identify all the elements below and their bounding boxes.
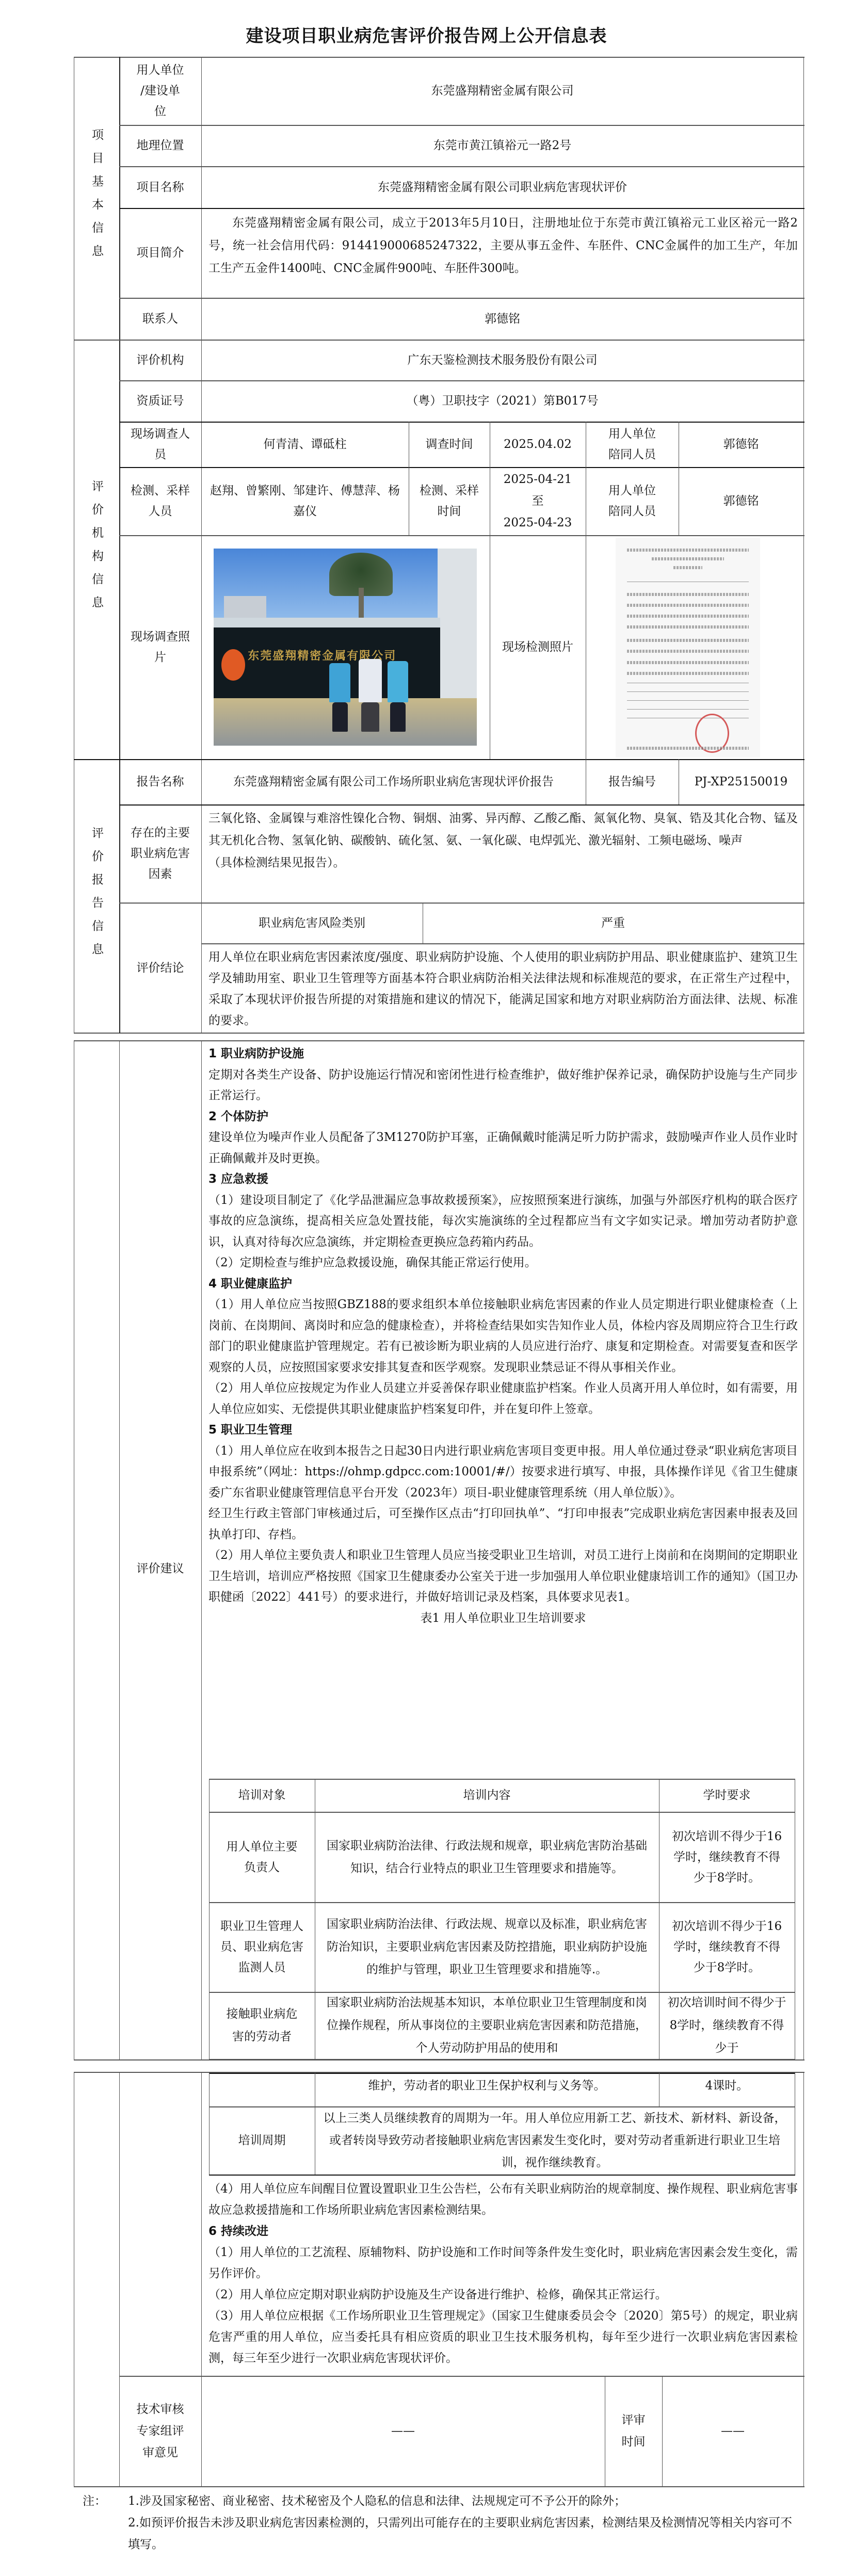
accompany-sampling-label: 用人单位陪同人员 [586,467,679,535]
table-row-hours: 初次培训时间不得少于8学时，继续教育不得少于 [659,1992,795,2059]
contact-label: 联系人 [119,298,201,340]
rec-heading-2: 2 个体防护 [208,1106,798,1128]
review-time-value: —— [662,2376,803,2486]
accompany-survey-value: 郭德铭 [679,422,803,467]
note-item: 1.涉及国家秘密、商业秘密、技术秘密及个人隐私的信息和法律、法规规定可不予公开的… [128,2490,799,2512]
detect-photo-scan [616,538,760,758]
review-opinion: —— [201,2376,605,2486]
report-no-value: PJ-XP25150019 [679,759,803,804]
contact-value: 郭德铭 [201,298,803,340]
table-row-content: 国家职业病防治法律、行政法规和规章，职业病危害防治基础知识，结合行业特点的职业卫… [315,1812,659,1902]
person-figure [329,663,350,702]
table-header-content: 培训内容 [315,1779,659,1812]
person-figure [388,661,409,702]
conclusion-label: 评价结论 [119,903,201,1033]
table-row-content: 维护，劳动者的职业卫生保护权利与义务等。 [315,2073,659,2099]
table-row-content: 以上三类人员继续教育的周期为一年。用人单位应用新工艺、新技术、新材料、新设备，或… [315,2106,795,2175]
sampling-time-value: 2025-04-21 至 2025-04-23 [490,467,586,535]
table-row-content: 国家职业病防治法规基本知识，本单位职业卫生管理制度和岗位操作规程，所从事岗位的主… [315,1992,659,2059]
employer-value: 东莞盛翔精密金属有限公司 [201,57,803,125]
hazards-label: 存在的主要职业病危害因素 [119,804,201,903]
company-logo-icon [221,649,245,681]
project-name-value: 东莞盛翔精密金属有限公司职业病危害现状评价 [201,166,803,208]
survey-photo: 东莞盛翔精密金属有限公司 [214,549,477,746]
report-no-label: 报告编号 [586,759,679,804]
org-value: 广东天鉴检测技术服务股份有限公司 [201,340,803,380]
section-label-basic: 项目基本信息 [74,57,119,340]
sampling-time-label: 检测、采样时间 [409,467,490,535]
survey-photo-label: 现场调查照片 [119,535,201,759]
sampling-staff-value: 赵翔、曾繁刚、邹建许、傅慧萍、杨嘉仪 [201,467,409,535]
accompany-sampling-value: 郭德铭 [679,467,803,535]
sampling-staff-label: 检测、采样人员 [119,467,201,535]
project-name-label: 项目名称 [119,166,201,208]
hazards-value: 三氧化铬、金属镍与难溶性镍化合物、铜烟、油雾、异丙醇、乙酸乙酯、氮氧化物、臭氧、… [208,808,798,874]
recommendations-body-cont: （4）用人单位应车间醒目位置设置职业卫生公告栏，公布有关职业病防治的规章制度、操… [208,2179,798,2369]
report-name-value: 东莞盛翔精密金属有限公司工作场所职业病危害现状评价报告 [201,759,586,804]
note-item: 2.如预评价报告未涉及职业病危害因素检测的，只需列出可能存在的主要职业病危害因素… [128,2512,799,2555]
table-header-hours: 学时要求 [659,1779,795,1812]
rec-heading-1: 1 职业病防护设施 [208,1043,798,1065]
employer-label: 用人单位 /建设单 位 [119,57,201,125]
table-row-target: 职业卫生管理人员、职业病危害监测人员 [209,1902,315,1992]
survey-staff-value: 何青清、谭砥柱 [201,422,409,467]
rec-heading-3: 3 应急救援 [208,1169,798,1190]
conclusion-value: 用人单位在职业病危害因素浓度/强度、职业病防护设施、个人使用的职业病防护用品、职… [208,947,798,1032]
cert-label: 资质证号 [119,380,201,422]
rec-heading-4: 4 职业健康监护 [208,1274,798,1295]
survey-staff-label: 现场调查人员 [119,422,201,467]
notes-prefix: 注： [83,2490,106,2512]
table-row-content: 国家职业病防治法律、行政法规、规章以及标准，职业病危害防治知识，主要职业病危害因… [315,1902,659,1992]
recommendations-body: 1 职业病防护设施 定期对各类生产设备、防护设施运行情况和密闭性进行检查维护，做… [208,1043,798,1629]
table-row-hours: 初次培训不得少于16学时，继续教育不得少于8学时。 [659,1812,795,1902]
section-label-org: 评价机构信息 [74,340,119,759]
survey-time-label: 调查时间 [409,422,490,467]
survey-time-value: 2025.04.02 [490,422,586,467]
location-label: 地理位置 [119,125,201,166]
accompany-survey-label: 用人单位陪同人员 [586,422,679,467]
review-label: 技术审核 专家组评 审意见 [119,2376,201,2486]
table-row-target: 用人单位主要负责人 [209,1812,315,1902]
risk-label: 职业病危害风险类别 [201,903,423,943]
risk-value: 严重 [423,903,803,943]
page-title: 建设项目职业病危害评价报告网上公开信息表 [0,22,853,47]
person-figure [359,659,382,702]
table-row-target: 接触职业病危害的劳动者 [209,1992,315,2059]
intro-label: 项目简介 [119,208,201,298]
org-label: 评价机构 [119,340,201,380]
detect-photo-label: 现场检测照片 [490,535,586,759]
table-row-target: 培训周期 [209,2106,315,2175]
location-value: 东莞市黄江镇裕元一路2号 [201,125,803,166]
recommendations-label: 评价建议 [119,1522,201,1615]
intro-value: 东莞盛翔精密金属有限公司，成立于2013年5月10日，注册地址位于东莞市黄江镇裕… [208,212,798,280]
section-label-report: 评价报告信息 [74,759,119,1033]
rec-heading-5: 5 职业卫生管理 [208,1420,798,1441]
review-time-label: 评审 时间 [605,2376,662,2486]
table-header-target: 培训对象 [209,1779,315,1812]
cert-value: （粤）卫职技字（2021）第B017号 [201,380,803,422]
report-name-label: 报告名称 [119,759,201,804]
table-row-hours: 初次培训不得少于16学时，继续教育不得少于8学时。 [659,1902,795,1992]
table-row-hours: 4课时。 [659,2073,795,2099]
rec-heading-6: 6 持续改进 [208,2221,798,2242]
training-table-caption: 表1 用人单位职业卫生培训要求 [208,1608,798,1629]
